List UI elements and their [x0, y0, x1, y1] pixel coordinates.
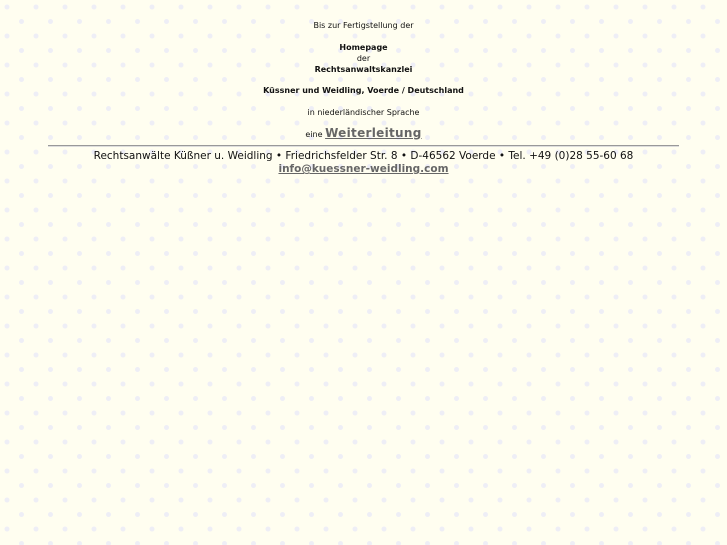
- footer: Rechtsanwälte Küßner u. Weidling • Fried…: [0, 150, 727, 176]
- intro-line-kanzlei: Rechtsanwaltskanzlei: [0, 64, 727, 75]
- redirect-prefix: eine: [305, 130, 322, 139]
- divider: [48, 145, 679, 147]
- intro-line-pending: Bis zur Fertigstellung der: [0, 20, 727, 31]
- footer-address: Rechtsanwälte Küßner u. Weidling • Fried…: [0, 150, 727, 163]
- intro-line-homepage: Homepage: [0, 42, 727, 53]
- intro-line-firm-name: Küssner und Weidling, Voerde / Deutschla…: [0, 85, 727, 96]
- intro-line-language: in niederländischer Sprache: [0, 107, 727, 118]
- intro-line-der: der: [0, 53, 727, 64]
- email-link[interactable]: info@kuessner-weidling.com: [278, 163, 448, 175]
- redirect-link[interactable]: Weiterleitung: [325, 126, 422, 140]
- intro-line-redirect: eine Weiterleitung: [0, 128, 727, 140]
